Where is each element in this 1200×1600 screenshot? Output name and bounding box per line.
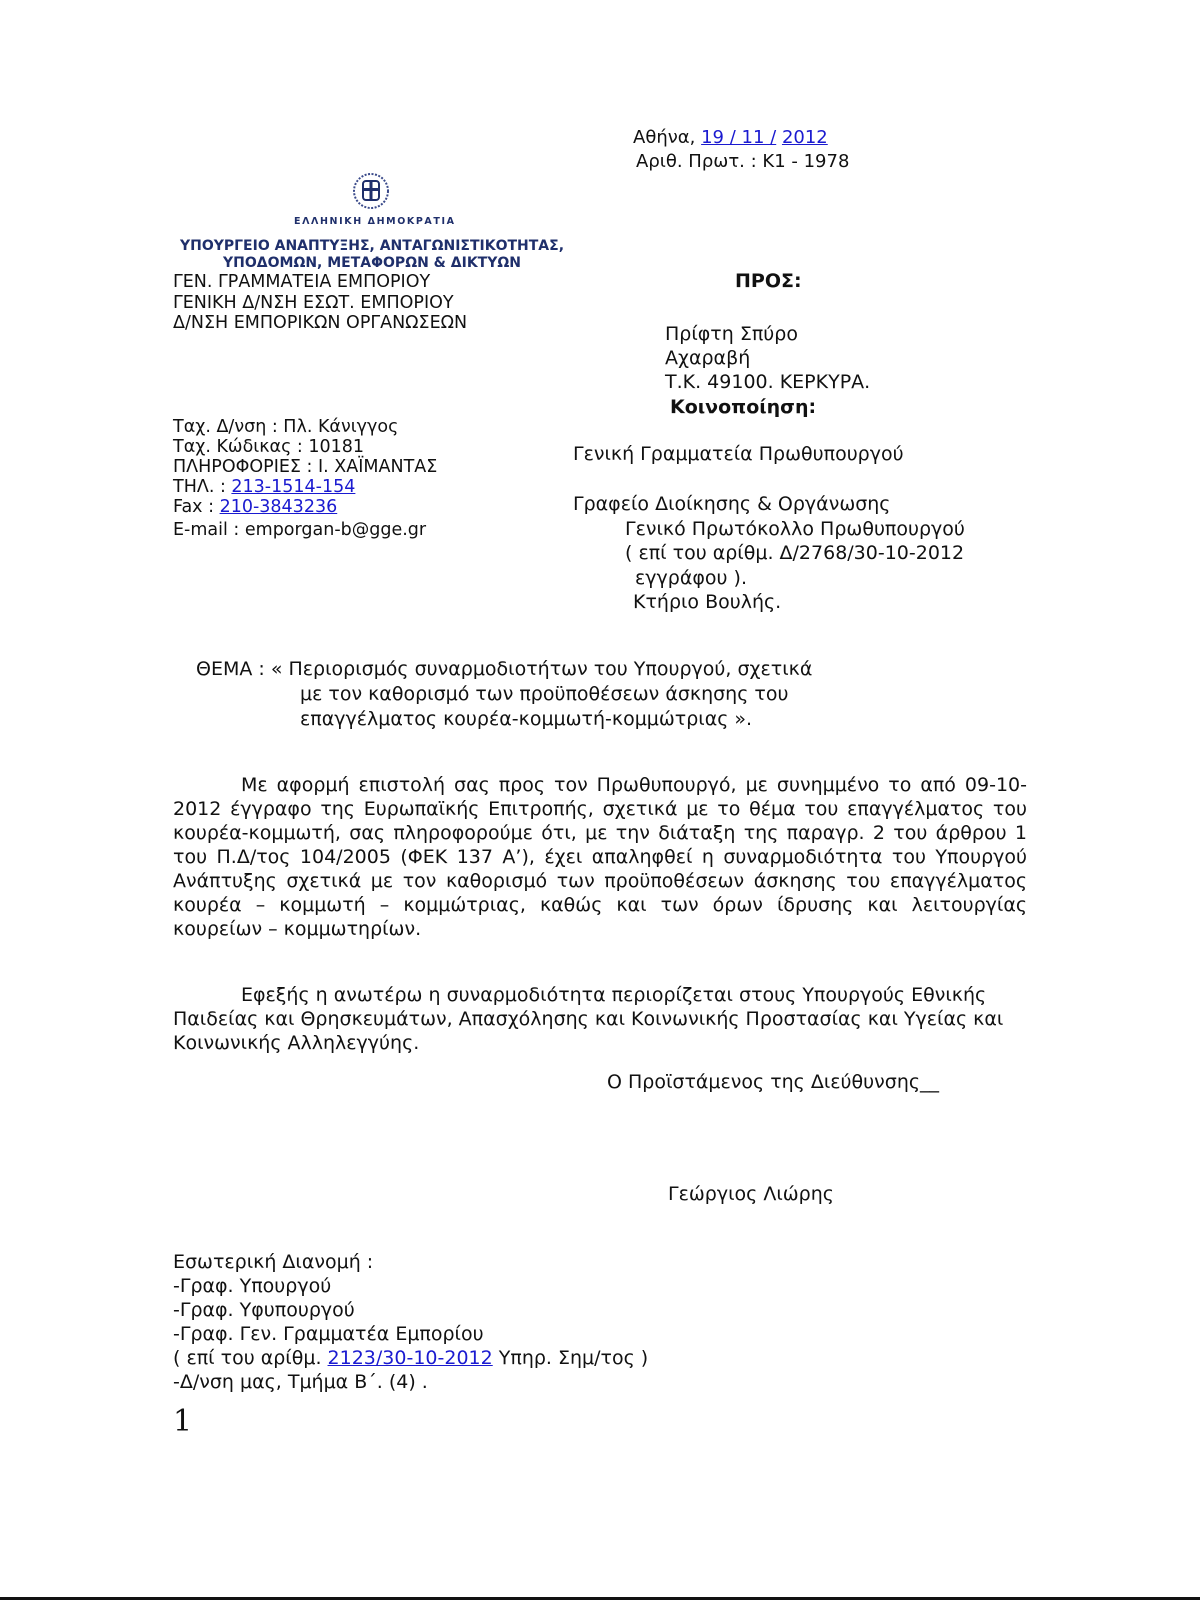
department-line: ΓΕΝ. ΓΡΑΜΜΑΤΕΙΑ ΕΜΠΟΡΙΟΥ bbox=[173, 272, 467, 293]
distribution-item: -Γραφ. Υφυπουργού bbox=[173, 1298, 648, 1322]
body-paragraph-2: Εφεξής η ανωτέρω η συναρμοδιότητα περιορ… bbox=[173, 983, 1027, 1055]
signature-title: Ο Προϊστάμενος της Διεύθυνσης__ bbox=[607, 1071, 939, 1093]
recipient-line: Τ.Κ. 49100. ΚΕΡΚΥΡΑ. bbox=[665, 370, 870, 394]
subject-line: επαγγέλματος κουρέα-κομμωτή-κομμώτριας »… bbox=[196, 707, 812, 732]
ministry-name: ΥΠΟΥΡΓΕΙΟ ΑΝΑΠΤΥΞΗΣ, ΑΝΤΑΓΩΝΙΣΤΙΚΟΤΗΤΑΣ,… bbox=[172, 238, 572, 272]
department-line: Δ/ΝΣΗ ΕΜΠΟΡΙΚΩΝ ΟΡΓΑΝΩΣΕΩΝ bbox=[173, 313, 467, 334]
subject-line: με τον καθορισμό των προϋποθέσεων άσκηση… bbox=[196, 682, 812, 707]
republic-label: ΕΛΛΗΝΙΚΗ ΔΗΜΟΚΡΑΤΙΑ bbox=[294, 216, 456, 227]
date-year-link[interactable]: 2012 bbox=[782, 127, 828, 148]
cc-recipient-2: Γραφείο Διοίκησης & Οργάνωσης Γενικό Πρω… bbox=[573, 492, 965, 615]
signature-name: Γεώργιος Λιώρης bbox=[668, 1183, 834, 1205]
department-line: ΓΕΝΙΚΗ Δ/ΝΣΗ ΕΣΩΤ. ΕΜΠΟΡΙΟΥ bbox=[173, 293, 467, 314]
ministry-line: ΥΠΟΥΡΓΕΙΟ ΑΝΑΠΤΥΞΗΣ, ΑΝΤΑΓΩΝΙΣΤΙΚΟΤΗΤΑΣ, bbox=[172, 238, 572, 255]
date-month-link[interactable]: / 11 / bbox=[724, 127, 776, 148]
ministry-line: ΥΠΟΔΟΜΩΝ, ΜΕΤΑΦΟΡΩΝ & ΔΙΚΤΥΩΝ bbox=[172, 255, 572, 272]
recipient-line: Πρίφτη Σπύρο bbox=[665, 322, 870, 346]
internal-label: Εσωτερική Διανομή : bbox=[173, 1250, 648, 1274]
cc-line: Γενικό Πρωτόκολλο Πρωθυπουργού bbox=[573, 517, 965, 542]
date-line: Αθήνα, 19 / 11 / 2012 bbox=[633, 126, 849, 150]
department-block: ΓΕΝ. ΓΡΑΜΜΑΤΕΙΑ ΕΜΠΟΡΙΟΥ ΓΕΝΙΚΗ Δ/ΝΣΗ ΕΣ… bbox=[173, 272, 467, 334]
phone-line: ΤΗΛ. : 213-1514-154 bbox=[173, 477, 437, 497]
recipient-line: Αχαραβή bbox=[665, 346, 870, 370]
internal-distribution: Εσωτερική Διανομή : -Γραφ. Υπουργού -Γρα… bbox=[173, 1250, 648, 1394]
contact-block: Ταχ. Δ/νση : Πλ. Κάνιγγος Ταχ. Κώδικας :… bbox=[173, 417, 437, 540]
cc-label: Κοινοποίηση: bbox=[670, 396, 816, 418]
address-line: Ταχ. Δ/νση : Πλ. Κάνιγγος bbox=[173, 417, 437, 437]
subject-block: ΘΕΜΑ : « Περιορισμός συναρμοδιοτήτων του… bbox=[196, 657, 812, 732]
phone-link[interactable]: 213-1514-154 bbox=[231, 477, 355, 497]
recipient-address: Πρίφτη Σπύρο Αχαραβή Τ.Κ. 49100. ΚΕΡΚΥΡΑ… bbox=[665, 322, 870, 394]
cc-line: εγγράφου ). bbox=[573, 566, 965, 591]
date-block: Αθήνα, 19 / 11 / 2012 Αριθ. Πρωτ. : Κ1 -… bbox=[633, 126, 849, 174]
email-line: E-mail : emporgan-b@gge.gr bbox=[173, 520, 437, 540]
to-label: ΠΡΟΣ: bbox=[735, 270, 802, 292]
postcode-line: Ταχ. Κώδικας : 10181 bbox=[173, 437, 437, 457]
ref-link[interactable]: 2123/30-10-2012 bbox=[328, 1347, 493, 1369]
distribution-item: -Δ/νση μας, Τμήμα Β΄. (4) . bbox=[173, 1370, 648, 1394]
cc-line: Γραφείο Διοίκησης & Οργάνωσης bbox=[573, 492, 965, 517]
fax-link[interactable]: 210-3843236 bbox=[220, 497, 338, 517]
fax-line: Fax : 210-3843236 bbox=[173, 497, 437, 517]
cc-line: Κτήριο Βουλής. bbox=[573, 590, 965, 615]
distribution-item: -Γραφ. Υπουργού bbox=[173, 1274, 648, 1298]
city-label: Αθήνα, bbox=[633, 127, 701, 148]
greek-coat-of-arms-icon bbox=[352, 172, 390, 210]
body-paragraph-1: Με αφορμή επιστολή σας προς τον Πρωθυπου… bbox=[173, 773, 1027, 941]
subject-label: ΘΕΜΑ : « bbox=[196, 658, 289, 680]
info-line: ΠΛΗΡΟΦΟΡΙΕΣ : Ι. ΧΑΪΜΑΝΤΑΣ bbox=[173, 457, 437, 477]
date-day-link[interactable]: 19 bbox=[701, 127, 724, 148]
protocol-number: Αριθ. Πρωτ. : Κ1 - 1978 bbox=[633, 150, 849, 174]
cc-recipient-1: Γενική Γραμματεία Πρωθυπουργού bbox=[573, 443, 904, 465]
distribution-ref: ( επί του αρίθμ. 2123/30-10-2012 Υπηρ. Σ… bbox=[173, 1346, 648, 1370]
distribution-item: -Γραφ. Γεν. Γραμματέα Εμπορίου bbox=[173, 1322, 648, 1346]
cc-line: ( επί του αρίθμ. Δ/2768/30-10-2012 bbox=[573, 541, 965, 566]
subject-line: ΘΕΜΑ : « Περιορισμός συναρμοδιοτήτων του… bbox=[196, 657, 812, 682]
page-number: 1 bbox=[173, 1404, 192, 1439]
